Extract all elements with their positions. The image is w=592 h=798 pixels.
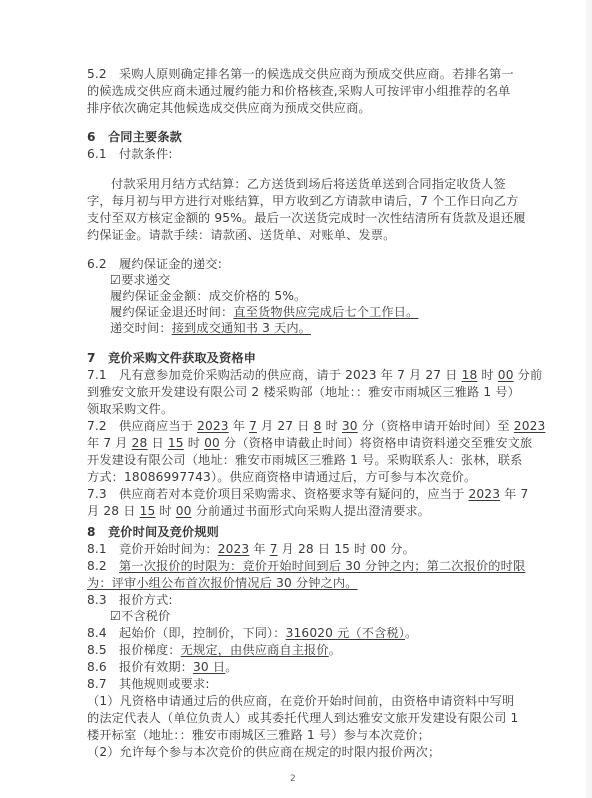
- sec7-3-line2: 月 28 日 15 时 00 分前通过书面形式向采购人提出澄清要求。: [87, 503, 430, 519]
- day-value: 28: [132, 436, 148, 450]
- sec8-7-title: 8.7其他规则或要求:: [87, 676, 210, 692]
- text: 第一次报价的时限为：竞价开始时间到后 30 分钟之内；第二次报价的时限: [119, 559, 525, 573]
- clause-title: 报价方式:: [119, 593, 173, 607]
- field-value: 接到成交通知书 3 天内。: [172, 321, 311, 335]
- year-value: 2023: [468, 487, 500, 501]
- sec7-2-line3: 开发建设有限公司（地址：雅安市雨城区三雅路 1 号。采购联系人：张林，联系: [87, 452, 522, 468]
- clause-text: 采购人原则确定排名第一的候选成交供应商为预成交供应商。若排名第一: [119, 67, 514, 81]
- field-label: 履约保证金退还时间：: [110, 305, 233, 319]
- text: 月 28 日: [87, 504, 140, 518]
- year-value: 2023: [514, 419, 546, 433]
- text: 年: [249, 542, 269, 556]
- month-value: 7: [249, 419, 257, 433]
- bond-refund: 履约保证金退还时间：直至货物供应完成后七个工作日。: [110, 304, 418, 320]
- text: 凡有意参加竞价采购活动的供应商，请于 2023 年 7 月 27 日: [119, 368, 462, 382]
- text: 。: [329, 643, 341, 657]
- sec7-2-line1: 7.2供应商应当于 2023 年 7 月 27 日 8 时 30 分（资格申请开…: [87, 418, 545, 434]
- clause-number: 8.4: [87, 625, 119, 641]
- sec6-1-para-line3: 支付至双方核定金额的 95%。最后一次送货完成时一次性结清所有货款及退还履: [87, 210, 526, 226]
- section-8-heading: 8 竞价时间及竞价规则: [87, 524, 219, 540]
- sec6-1-para-line4: 约保证金。请款手续：请款函、送货单、对账单、发票。: [87, 227, 395, 243]
- hour-value: 18: [462, 368, 478, 382]
- document-page: 5.2采购人原则确定排名第一的候选成交供应商为预成交供应商。若排名第一 的候选成…: [0, 0, 592, 798]
- text: 。: [405, 626, 417, 640]
- price-step: 无规定，由供应商自主报价: [181, 643, 329, 657]
- sec8-7-rule1-line3: 楼开标室（地址：：雅安市雨城区三雅路 1 号）参与本次竞价；: [87, 727, 430, 743]
- clause-number: 8.3: [87, 592, 119, 608]
- text: 月 27 日: [257, 419, 314, 433]
- sec8-1: 8.1竞价开始时间为：2023 年 7 月 28 日 15 时 00 分。: [87, 541, 415, 557]
- sec7-1-line2: 到雅安文旅开发建设有限公司 2 楼采购部（地址：：雅安市雨城区三雅路 1 号）: [87, 384, 520, 400]
- sec6-1-title: 6.1付款条件:: [87, 146, 173, 162]
- clause-number: 7.3: [87, 486, 119, 502]
- minute-value: 00: [176, 504, 192, 518]
- clause-number: 5.2: [87, 66, 119, 82]
- starting-price: 316020 元（不含税）: [286, 626, 405, 640]
- clause-number: 6.2: [87, 256, 119, 272]
- sec8-6: 8.6报价有效期：30 日。: [87, 659, 238, 675]
- validity-period: 30 日: [193, 660, 225, 674]
- sec7-2-line4: 方式：18086997743）。供应商资格申请通过后，方可参与本次竞价。: [87, 469, 476, 485]
- text: 日: [147, 436, 167, 450]
- sec6-1-para-line2: 字，每月初与甲方进行对账结算，甲方收到乙方请款申请后，7 个工作日向乙方: [87, 193, 518, 209]
- text: 时: [321, 419, 341, 433]
- text: 分（资格申请开始时间）至: [358, 419, 514, 433]
- sec7-1-line3: 领取采购文件。: [87, 401, 173, 417]
- sec7-3-line1: 7.3供应商若对本竞价项目采购需求、资格要求等有疑问的，应当于 2023 年 7: [87, 486, 528, 502]
- text: 时: [155, 504, 175, 518]
- clause-title: 其他规则或要求:: [119, 677, 210, 691]
- text: 年 7: [500, 487, 528, 501]
- text: 月 28 日 15 时 00 分。: [278, 542, 415, 556]
- field-label: 报价有效期：: [119, 660, 193, 674]
- clause-number: 7.1: [87, 367, 119, 383]
- page-number: 2: [290, 774, 296, 784]
- sec8-3-title: 8.3报价方式:: [87, 592, 173, 608]
- section-7-heading: 7 竞价采购文件获取及资格申: [87, 350, 256, 366]
- field-value: 直至货物供应完成后七个工作日。: [233, 305, 418, 319]
- text: 分前通过书面形式向采购人提出澄清要求。: [192, 504, 430, 518]
- clause-number: 8.1: [87, 541, 119, 557]
- clause-title: 履约保证金的递交:: [119, 257, 222, 271]
- sec7-1-line1: 7.1凡有意参加竞价采购活动的供应商，请于 2023 年 7 月 27 日 18…: [87, 367, 542, 383]
- sec8-7-rule1-line2: 的法定代表人（单位负责人）或其委托代理人到达雅安文旅开发建设有限公司 1: [87, 710, 518, 726]
- text: 时: [184, 436, 204, 450]
- year-value: 2023: [197, 419, 229, 433]
- hour-value: 15: [168, 436, 184, 450]
- year-value: 2023: [218, 542, 250, 556]
- checkbox-excl-tax: ☑不含税价: [110, 608, 170, 624]
- month-value: 7: [270, 542, 278, 556]
- sec5-2-line2: 的候选成交供应商未通过履约能力和价格核查,采购人可按评审小组推荐的名单: [87, 83, 511, 99]
- clause-number: 6.1: [87, 146, 119, 162]
- text: 年 7 月: [87, 436, 132, 450]
- text: 年: [229, 419, 249, 433]
- sec6-2-title: 6.2履约保证金的递交:: [87, 256, 222, 272]
- section-6-heading: 6 合同主要条款: [87, 129, 182, 145]
- sec8-4: 8.4起始价（即，控制价，下同）：316020 元（不含税）。: [87, 625, 417, 641]
- text: 分（资格申请截止时间）将资格申请资料递交至雅安文旅: [220, 436, 532, 450]
- text: 竞价开始时间为：: [119, 542, 218, 556]
- minute-value: 00: [204, 436, 220, 450]
- bond-submit-time: 递交时间：接到成交通知书 3 天内。: [110, 320, 311, 336]
- clause-number: 8.6: [87, 659, 119, 675]
- field-label: 报价梯度：: [119, 643, 181, 657]
- sec8-2-line1: 8.2第一次报价的时限为：竞价开始时间到后 30 分钟之内；第二次报价的时限: [87, 558, 525, 574]
- sec8-7-rule1-line1: （1）凡资格申请通过后的供应商，在竞价开始时间前，由资格申请资料中写明: [87, 693, 514, 709]
- hour-value: 15: [140, 504, 156, 518]
- text: 时: [477, 368, 497, 382]
- minute-value: 00: [498, 368, 514, 382]
- clause-number: 8.2: [87, 558, 119, 574]
- sec8-7-rule2-line1: （2）允许每个参与本次竞价的供应商在规定的时限内报价两次；: [87, 744, 440, 760]
- bond-amount: 履约保证金金额：成交价格的 5%。: [110, 288, 306, 304]
- sec6-1-para-line1: 付款采用月结方式结算：乙方送货到场后将送货单送到合同指定收货人签: [111, 176, 506, 192]
- field-label: 递交时间：: [110, 321, 172, 335]
- sec5-2-line1: 5.2采购人原则确定排名第一的候选成交供应商为预成交供应商。若排名第一: [87, 66, 514, 82]
- text: 分前: [514, 368, 543, 382]
- text: 供应商若对本竞价项目采购需求、资格要求等有疑问的，应当于: [119, 487, 468, 501]
- clause-number: 7.2: [87, 418, 119, 434]
- page-edge: [586, 0, 592, 798]
- text: 供应商应当于: [119, 419, 197, 433]
- clause-number: 8.7: [87, 676, 119, 692]
- sec8-5: 8.5报价梯度：无规定，由供应商自主报价。: [87, 642, 341, 658]
- minute-value: 30: [342, 419, 358, 433]
- sec8-2-line2: 为：评审小组公布首次报价情况后 30 分钟之内。: [87, 575, 358, 591]
- text: 为：评审小组公布首次报价情况后 30 分钟之内。: [87, 576, 358, 590]
- text: 。: [225, 660, 237, 674]
- clause-title: 付款条件:: [119, 147, 173, 161]
- clause-number: 8.5: [87, 642, 119, 658]
- field-label: 起始价（即，控制价，下同）：: [119, 626, 286, 640]
- checkbox-require-submit: ☑要求递交: [110, 272, 170, 288]
- sec7-2-line2: 年 7 月 28 日 15 时 00 分（资格申请截止时间）将资格申请资料递交至…: [87, 435, 532, 451]
- sec5-2-line3: 排序依次确定其他候选成交供应商为预成交供应商。: [87, 100, 371, 116]
